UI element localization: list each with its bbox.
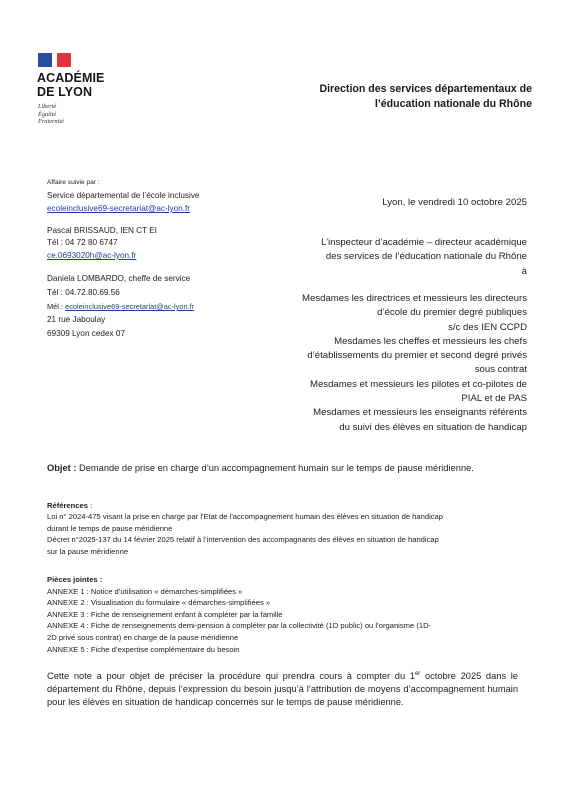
attachments-block: Pièces jointes : ANNEXE 1 : Notice d’uti… (47, 574, 547, 655)
body-paragraph: Cette note a pour objet de préciser la p… (47, 670, 518, 710)
recipient-line: s/c des IEN CCPD (302, 321, 527, 335)
reference-line: Loi n° 2024-475 visant la prise en charg… (47, 511, 547, 522)
recipient-line: PIAL et de PAS (302, 392, 527, 406)
flag-red-block (57, 53, 71, 67)
recipient-line: Mesdames les directrices et messieurs le… (302, 292, 527, 306)
service-email-link[interactable]: ecoleinclusive69-secretariat@ac-lyon.fr (47, 204, 190, 213)
sender-line-3: à (321, 265, 527, 279)
direction-header: Direction des services départementaux de… (319, 82, 532, 112)
attachment-line: ANNEXE 2 : Visualisation du formulaire «… (47, 597, 547, 609)
attachment-line: ANNEXE 1 : Notice d’utilisation « démarc… (47, 586, 547, 598)
direction-line-2: l’éducation nationale du Rhône (319, 97, 532, 112)
direction-line-1: Direction des services départementaux de (319, 82, 532, 97)
attachment-line: ANNEXE 3 : Fiche de renseignement enfant… (47, 609, 547, 621)
logo-line-1: ACADÉMIE (37, 71, 104, 85)
attachment-line: ANNEXE 5 : Fiche d’expertise complémenta… (47, 644, 547, 656)
motto-egalite: Égalité (38, 111, 64, 119)
recipient-line: du suivi des élèves en situation de hand… (302, 421, 527, 435)
person2-tel: Tél : 04.72.80.69.56 (47, 288, 120, 297)
objet-line: Objet : Demande de prise en charge d’un … (47, 463, 474, 473)
french-republic-flag-icon (38, 53, 71, 67)
objet-label: Objet : (47, 463, 76, 473)
person1-tel: Tél : 04 72 80 6747 (47, 238, 118, 247)
recipient-line: d’école du premier degré publiques (302, 306, 527, 320)
service-name: Service départemental de l’école inclusi… (47, 191, 199, 200)
person1-email-link[interactable]: ce.0693020h@ac-lyon.fr (47, 251, 136, 260)
recipient-line: sous contrat (302, 363, 527, 377)
references-block: Références : Loi n° 2024-475 visant la p… (47, 500, 547, 557)
reference-line: durant le temps de pause méridienne (47, 523, 547, 534)
flag-blue-block (38, 53, 52, 67)
motto-fraternite: Fraternité (38, 118, 64, 126)
attachments-label: Pièces jointes : (47, 575, 102, 584)
academie-logo-text: ACADÉMIE DE LYON (37, 71, 104, 99)
body-text-part1: Cette note a pour objet de préciser la p… (47, 671, 415, 681)
attachment-line: ANNEXE 4 : Fiche de renseignements demi-… (47, 620, 547, 632)
references-label: Références (47, 501, 88, 510)
affaire-label: Affaire suivie par : (47, 179, 100, 186)
logo-line-2: DE LYON (37, 85, 104, 99)
recipient-line: Mesdames et messieurs les pilotes et co-… (302, 378, 527, 392)
motto-liberte: Liberté (38, 103, 64, 111)
objet-text: Demande de prise en charge d’un accompag… (76, 463, 473, 473)
sender-block: L’inspecteur d’académie – directeur acad… (321, 236, 527, 279)
republic-motto: Liberté Égalité Fraternité (38, 103, 64, 126)
recipients-block: Mesdames les directrices et messieurs le… (302, 292, 527, 435)
references-heading: Références : (47, 500, 547, 511)
sender-line-2: des services de l’éducation nationale du… (321, 250, 527, 264)
sender-line-1: L’inspecteur d’académie – directeur acad… (321, 236, 527, 250)
address-city: 69309 Lyon cedex 07 (47, 329, 125, 338)
mel-label: Mél : (47, 302, 65, 311)
reference-line: Décret n°2025-137 du 14 février 2025 rel… (47, 534, 547, 545)
reference-line: sur la pause méridienne (47, 546, 547, 557)
person2-email-link[interactable]: ecoleinclusive69-secretariat@ac-lyon.fr (65, 302, 194, 311)
date-line: Lyon, le vendredi 10 octobre 2025 (382, 196, 527, 210)
person1-name: Pascal BRISSAUD, IEN CT EI (47, 226, 157, 235)
person2-name: Daniela LOMBARDO, cheffe de service (47, 274, 190, 283)
recipient-line: Mesdames les cheffes et messieurs les ch… (302, 335, 527, 349)
attachment-line: 2D privé sous contrat) en charge de la p… (47, 632, 547, 644)
recipient-line: d’établissements du premier et second de… (302, 349, 527, 363)
recipient-line: Mesdames et messieurs les enseignants ré… (302, 406, 527, 420)
person2-mel: Mél : ecoleinclusive69-secretariat@ac-ly… (47, 302, 194, 311)
references-suffix: : (88, 501, 92, 510)
address-street: 21 rue Jaboulay (47, 315, 105, 324)
